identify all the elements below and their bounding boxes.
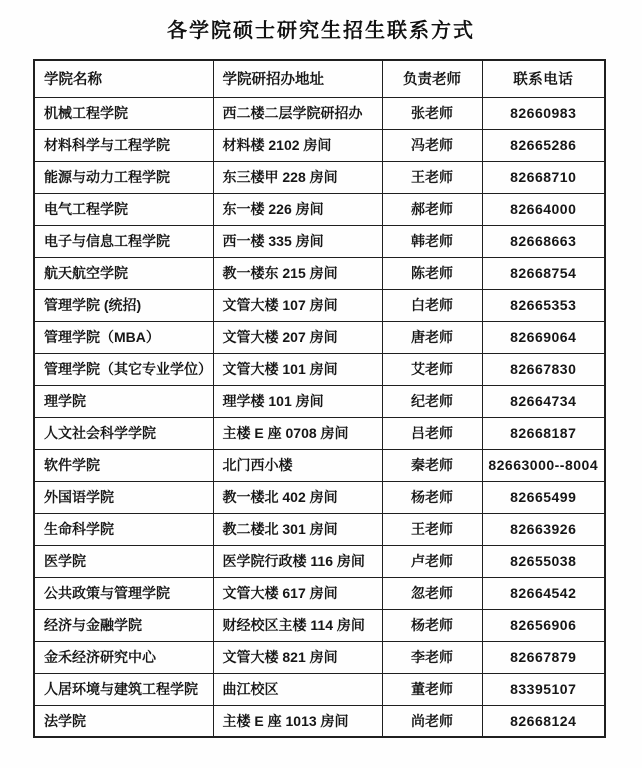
table-body: 机械工程学院西二楼二层学院研招办张老师82660983材料科学与工程学院材料楼 … — [34, 97, 605, 737]
phone-cell: 82664734 — [482, 385, 605, 417]
teacher-cell: 冯老师 — [382, 129, 482, 161]
college-name-cell: 电气工程学院 — [34, 193, 213, 225]
college-name-cell: 金禾经济研究中心 — [34, 641, 213, 673]
teacher-cell: 忽老师 — [382, 577, 482, 609]
address-cell: 财经校区主楼 114 房间 — [213, 609, 382, 641]
contact-table: 学院名称 学院研招办地址 负责老师 联系电话 机械工程学院西二楼二层学院研招办张… — [33, 59, 606, 738]
table-row: 电气工程学院东一楼 226 房间郝老师82664000 — [34, 193, 605, 225]
table-row: 航天航空学院教一楼东 215 房间陈老师82668754 — [34, 257, 605, 289]
table-row: 生命科学院教二楼北 301 房间王老师82663926 — [34, 513, 605, 545]
table-row: 管理学院 (统招)文管大楼 107 房间白老师82665353 — [34, 289, 605, 321]
table-row: 管理学院（其它专业学位）文管大楼 101 房间艾老师82667830 — [34, 353, 605, 385]
college-name-cell: 材料科学与工程学院 — [34, 129, 213, 161]
teacher-cell: 张老师 — [382, 97, 482, 129]
header-address: 学院研招办地址 — [213, 60, 382, 97]
table-row: 人文社会科学学院主楼 E 座 0708 房间吕老师82668187 — [34, 417, 605, 449]
header-college-name: 学院名称 — [34, 60, 213, 97]
address-cell: 主楼 E 座 1013 房间 — [213, 705, 382, 737]
address-cell: 材料楼 2102 房间 — [213, 129, 382, 161]
college-name-cell: 人文社会科学学院 — [34, 417, 213, 449]
header-row: 学院名称 学院研招办地址 负责老师 联系电话 — [34, 60, 605, 97]
table-row: 软件学院北门西小楼秦老师82663000--8004 — [34, 449, 605, 481]
college-name-cell: 管理学院（其它专业学位） — [34, 353, 213, 385]
phone-cell: 82669064 — [482, 321, 605, 353]
teacher-cell: 王老师 — [382, 161, 482, 193]
teacher-cell: 杨老师 — [382, 481, 482, 513]
address-cell: 教一楼东 215 房间 — [213, 257, 382, 289]
address-cell: 北门西小楼 — [213, 449, 382, 481]
teacher-cell: 秦老师 — [382, 449, 482, 481]
teacher-cell: 董老师 — [382, 673, 482, 705]
teacher-cell: 王老师 — [382, 513, 482, 545]
college-name-cell: 管理学院（MBA） — [34, 321, 213, 353]
address-cell: 曲江校区 — [213, 673, 382, 705]
phone-cell: 82668710 — [482, 161, 605, 193]
phone-cell: 82664542 — [482, 577, 605, 609]
teacher-cell: 陈老师 — [382, 257, 482, 289]
teacher-cell: 杨老师 — [382, 609, 482, 641]
table-row: 理学院理学楼 101 房间纪老师82664734 — [34, 385, 605, 417]
page-title: 各学院硕士研究生招生联系方式 — [0, 14, 642, 43]
teacher-cell: 纪老师 — [382, 385, 482, 417]
teacher-cell: 艾老师 — [382, 353, 482, 385]
address-cell: 西二楼二层学院研招办 — [213, 97, 382, 129]
address-cell: 东三楼甲 228 房间 — [213, 161, 382, 193]
college-name-cell: 医学院 — [34, 545, 213, 577]
address-cell: 文管大楼 101 房间 — [213, 353, 382, 385]
table-header: 学院名称 学院研招办地址 负责老师 联系电话 — [34, 60, 605, 97]
phone-cell: 82660983 — [482, 97, 605, 129]
scanned-document-page: 各学院硕士研究生招生联系方式 学院名称 学院研招办地址 负责老师 联系电话 机械… — [0, 0, 642, 768]
address-cell: 文管大楼 617 房间 — [213, 577, 382, 609]
phone-cell: 82663926 — [482, 513, 605, 545]
teacher-cell: 白老师 — [382, 289, 482, 321]
phone-cell: 82668754 — [482, 257, 605, 289]
teacher-cell: 郝老师 — [382, 193, 482, 225]
address-cell: 教二楼北 301 房间 — [213, 513, 382, 545]
phone-cell: 82668663 — [482, 225, 605, 257]
phone-cell: 82668187 — [482, 417, 605, 449]
phone-cell: 82665353 — [482, 289, 605, 321]
address-cell: 文管大楼 107 房间 — [213, 289, 382, 321]
college-name-cell: 管理学院 (统招) — [34, 289, 213, 321]
table-row: 人居环境与建筑工程学院曲江校区董老师83395107 — [34, 673, 605, 705]
phone-cell: 82665286 — [482, 129, 605, 161]
address-cell: 主楼 E 座 0708 房间 — [213, 417, 382, 449]
table-row: 电子与信息工程学院西一楼 335 房间韩老师82668663 — [34, 225, 605, 257]
table-row: 能源与动力工程学院东三楼甲 228 房间王老师82668710 — [34, 161, 605, 193]
teacher-cell: 韩老师 — [382, 225, 482, 257]
college-name-cell: 理学院 — [34, 385, 213, 417]
college-name-cell: 外国语学院 — [34, 481, 213, 513]
address-cell: 理学楼 101 房间 — [213, 385, 382, 417]
address-cell: 医学院行政楼 116 房间 — [213, 545, 382, 577]
college-name-cell: 法学院 — [34, 705, 213, 737]
table-row: 经济与金融学院财经校区主楼 114 房间杨老师82656906 — [34, 609, 605, 641]
phone-cell: 82665499 — [482, 481, 605, 513]
college-name-cell: 人居环境与建筑工程学院 — [34, 673, 213, 705]
phone-cell: 82664000 — [482, 193, 605, 225]
table-row: 材料科学与工程学院材料楼 2102 房间冯老师82665286 — [34, 129, 605, 161]
teacher-cell: 李老师 — [382, 641, 482, 673]
table-row: 外国语学院教一楼北 402 房间杨老师82665499 — [34, 481, 605, 513]
college-name-cell: 能源与动力工程学院 — [34, 161, 213, 193]
teacher-cell: 尚老师 — [382, 705, 482, 737]
college-name-cell: 软件学院 — [34, 449, 213, 481]
address-cell: 东一楼 226 房间 — [213, 193, 382, 225]
teacher-cell: 卢老师 — [382, 545, 482, 577]
header-phone: 联系电话 — [482, 60, 605, 97]
address-cell: 教一楼北 402 房间 — [213, 481, 382, 513]
phone-cell: 82667830 — [482, 353, 605, 385]
college-name-cell: 电子与信息工程学院 — [34, 225, 213, 257]
phone-cell: 82668124 — [482, 705, 605, 737]
header-teacher: 负责老师 — [382, 60, 482, 97]
table-row: 管理学院（MBA）文管大楼 207 房间唐老师82669064 — [34, 321, 605, 353]
phone-cell: 82667879 — [482, 641, 605, 673]
table-row: 公共政策与管理学院文管大楼 617 房间忽老师82664542 — [34, 577, 605, 609]
college-name-cell: 生命科学院 — [34, 513, 213, 545]
address-cell: 文管大楼 821 房间 — [213, 641, 382, 673]
phone-cell: 82663000--8004 — [482, 449, 605, 481]
college-name-cell: 经济与金融学院 — [34, 609, 213, 641]
teacher-cell: 吕老师 — [382, 417, 482, 449]
table-row: 法学院主楼 E 座 1013 房间尚老师82668124 — [34, 705, 605, 737]
phone-cell: 83395107 — [482, 673, 605, 705]
phone-cell: 82655038 — [482, 545, 605, 577]
table-row: 机械工程学院西二楼二层学院研招办张老师82660983 — [34, 97, 605, 129]
college-name-cell: 机械工程学院 — [34, 97, 213, 129]
phone-cell: 82656906 — [482, 609, 605, 641]
address-cell: 西一楼 335 房间 — [213, 225, 382, 257]
table-row: 医学院医学院行政楼 116 房间卢老师82655038 — [34, 545, 605, 577]
teacher-cell: 唐老师 — [382, 321, 482, 353]
college-name-cell: 航天航空学院 — [34, 257, 213, 289]
college-name-cell: 公共政策与管理学院 — [34, 577, 213, 609]
table-row: 金禾经济研究中心文管大楼 821 房间李老师82667879 — [34, 641, 605, 673]
address-cell: 文管大楼 207 房间 — [213, 321, 382, 353]
